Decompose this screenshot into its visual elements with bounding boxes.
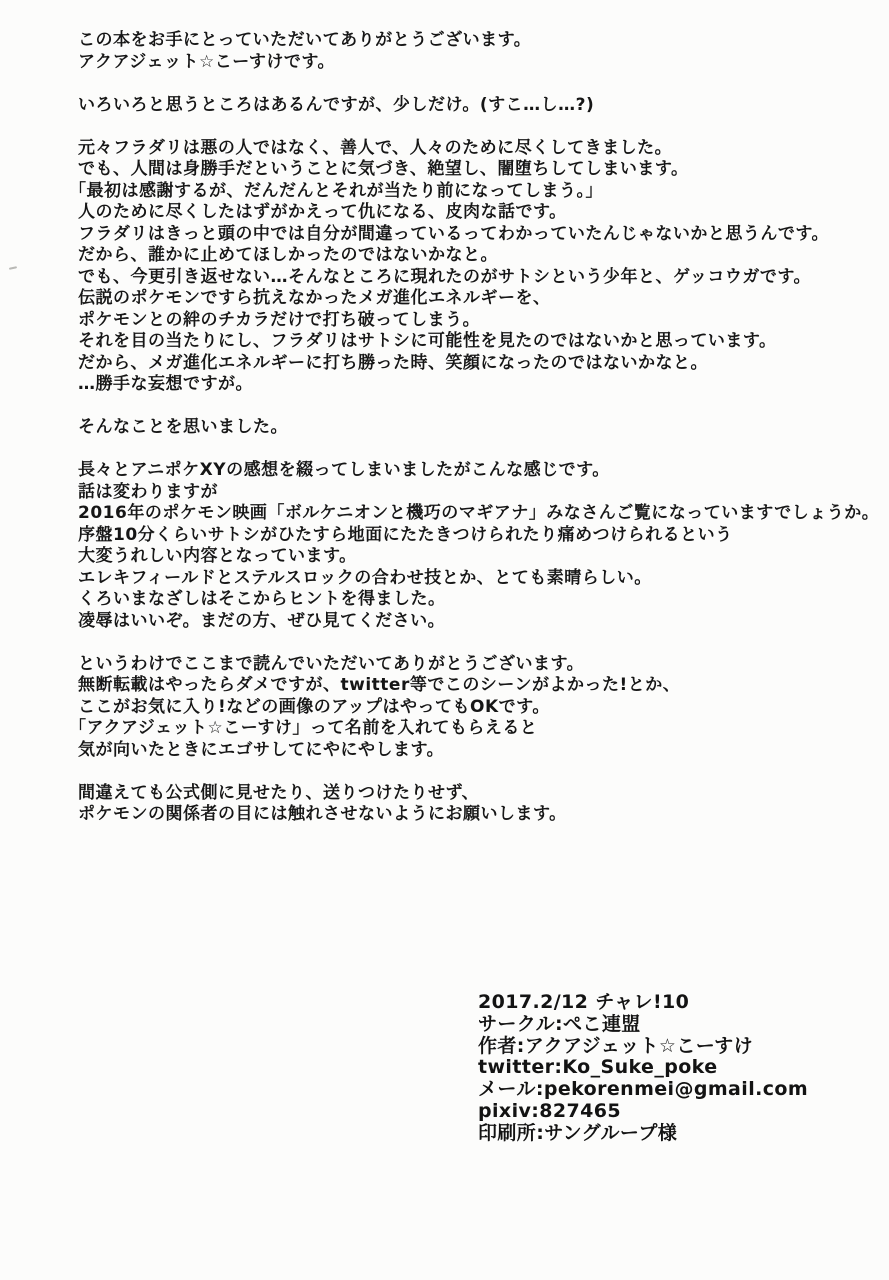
paragraph: 間違えても公式側に見せたり、送りつけたりせず、 ポケモンの関係者の目には触れさせ… — [78, 783, 878, 826]
colophon-event-date: 2017.2/12 チャレ!10 — [478, 992, 808, 1014]
text-line: 話は変わりますが — [78, 482, 878, 504]
text-line: 人のために尽くしたはずがかえって仇になる、皮肉な話です。 — [78, 202, 878, 224]
text-line: この本をお手にとっていただいてありがとうございます。 — [78, 30, 878, 52]
text-line: だから、誰かに止めてほしかったのではないかなと。 — [78, 245, 878, 267]
text-line: …勝手な妄想ですが。 — [78, 374, 878, 396]
paragraph: というわけでここまで読んでいただいてありがとうございます。 無断転載はやったらダ… — [78, 654, 878, 762]
text-line: フラダリはきっと頭の中では自分が間違っているってわかっていたんじゃないかと思うん… — [78, 224, 878, 246]
text-line: 凌辱はいいぞ。まだの方、ぜひ見てください。 — [78, 611, 878, 633]
scan-artifact-mark — [9, 266, 17, 270]
text-line: ここがお気に入り!などの画像のアップはやってもOKです。 — [78, 697, 878, 719]
paragraph: いろいろと思うところはあるんですが、少しだけ。(すこ…し…?) — [78, 95, 878, 117]
text-line: 2016年のポケモン映画「ボルケニオンと機巧のマギアナ」みなさんご覧になっていま… — [78, 503, 878, 525]
text-line: でも、今更引き返せない…そんなところに現れたのがサトシという少年と、ゲッコウガで… — [78, 267, 878, 289]
text-line: でも、人間は身勝手だということに気づき、絶望し、闇堕ちしてしまいます。 — [78, 159, 878, 181]
text-line: 気が向いたときにエゴサしてにやにやします。 — [78, 740, 878, 762]
afterword-page: この本をお手にとっていただいてありがとうございます。 アクアジェット☆こーすけで… — [0, 0, 889, 1280]
text-line: 序盤10分くらいサトシがひたすら地面にたたきつけられたり痛めつけられるという — [78, 525, 878, 547]
paragraph: そんなことを思いました。 — [78, 417, 878, 439]
text-line: 「アクアジェット☆こーすけ」って名前を入れてもらえると — [69, 718, 878, 740]
colophon-email: メール:pekorenmei@gmail.com — [478, 1079, 808, 1101]
text-line: 間違えても公式側に見せたり、送りつけたりせず、 — [78, 783, 878, 805]
text-line: というわけでここまで読んでいただいてありがとうございます。 — [78, 654, 878, 676]
colophon-circle: サークル:ぺこ連盟 — [478, 1014, 808, 1036]
text-line: くろいまなざしはそこからヒントを得ました。 — [78, 589, 878, 611]
colophon-block: 2017.2/12 チャレ!10 サークル:ぺこ連盟 作者:アクアジェット☆こー… — [478, 992, 808, 1145]
text-line: だから、メガ進化エネルギーに打ち勝った時、笑顔になったのではないかなと。 — [78, 353, 878, 375]
text-line: エレキフィールドとステルスロックの合わせ技とか、とても素晴らしい。 — [78, 568, 878, 590]
text-line: ポケモンとの絆のチカラだけで打ち破ってしまう。 — [78, 310, 878, 332]
text-line: 元々フラダリは悪の人ではなく、善人で、人々のために尽くしてきました。 — [78, 138, 878, 160]
colophon-pixiv: pixiv:827465 — [478, 1101, 808, 1123]
colophon-author: 作者:アクアジェット☆こーすけ — [478, 1036, 808, 1058]
text-line: そんなことを思いました。 — [78, 417, 878, 439]
text-line: それを目の当たりにし、フラダリはサトシに可能性を見たのではないかと思っています。 — [78, 331, 878, 353]
text-line: 大変うれしい内容となっています。 — [78, 546, 878, 568]
colophon-twitter: twitter:Ko_Suke_poke — [478, 1057, 808, 1079]
text-line: アクアジェット☆こーすけです。 — [78, 52, 878, 74]
text-line: 長々とアニポケXYの感想を綴ってしまいましたがこんな感じです。 — [78, 460, 878, 482]
afterword-body: この本をお手にとっていただいてありがとうございます。 アクアジェット☆こーすけで… — [78, 30, 878, 826]
text-line: 「最初は感謝するが、だんだんとそれが当たり前になってしまう。」 — [69, 181, 878, 203]
text-line: いろいろと思うところはあるんですが、少しだけ。(すこ…し…?) — [78, 95, 878, 117]
colophon-printer: 印刷所:サングループ様 — [478, 1123, 808, 1145]
paragraph: この本をお手にとっていただいてありがとうございます。 アクアジェット☆こーすけで… — [78, 30, 878, 73]
text-line: 伝説のポケモンですら抗えなかったメガ進化エネルギーを、 — [78, 288, 878, 310]
text-line: ポケモンの関係者の目には触れさせないようにお願いします。 — [78, 804, 878, 826]
text-line: 無断転載はやったらダメですが、twitter等でこのシーンがよかった!とか、 — [78, 675, 878, 697]
paragraph: 元々フラダリは悪の人ではなく、善人で、人々のために尽くしてきました。 でも、人間… — [78, 138, 878, 396]
paragraph: 長々とアニポケXYの感想を綴ってしまいましたがこんな感じです。 話は変わりますが… — [78, 460, 878, 632]
